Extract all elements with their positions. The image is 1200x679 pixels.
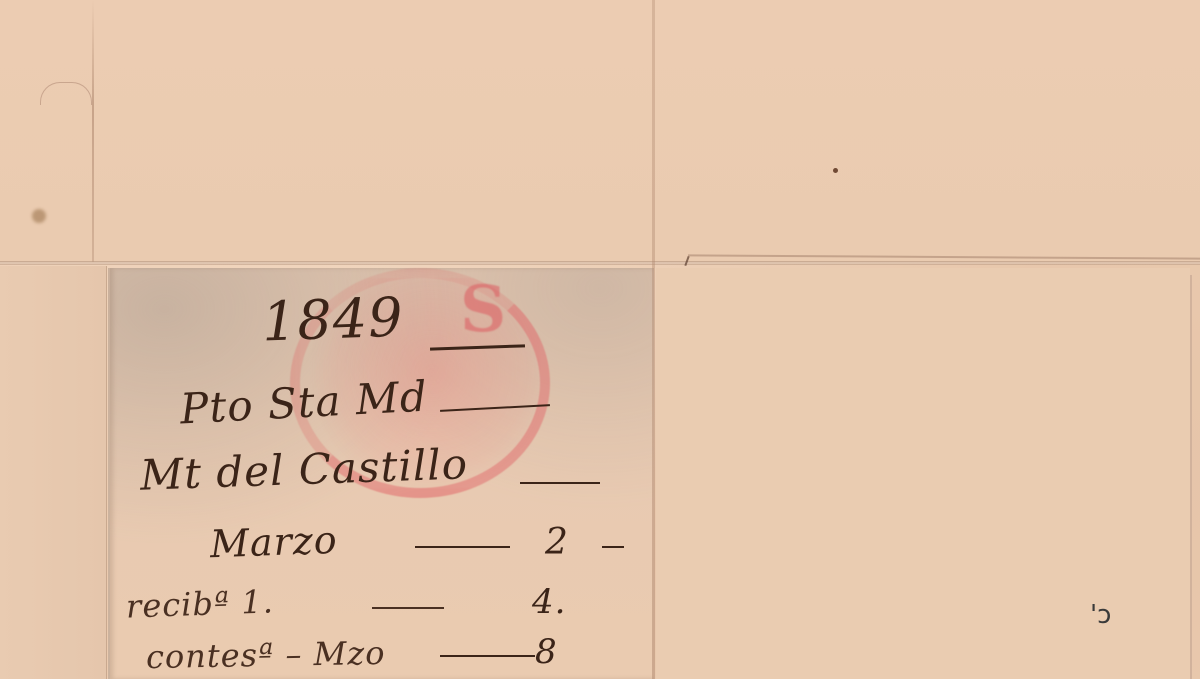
fold-line-horizontal [0,261,1200,265]
faint-pencil-mark [40,82,92,105]
docket-received-dash [372,607,444,609]
archive-pencil-mark: 'ↄ [1090,600,1111,630]
docket-answered-sep: – [285,635,314,673]
docket-answered-label: contesª – Mzo [146,634,386,676]
docket-received-label: recibª 1. [125,582,274,625]
right-fold-edge [1190,275,1192,679]
left-flap [0,266,107,679]
fold-line-center [652,0,655,679]
docket-month-label: Marzo [209,518,338,566]
docket-month-dash [415,546,510,548]
foxing-stain [32,209,46,223]
docket-answered-dash [440,655,535,657]
docket-month-trailing-dash [602,546,624,548]
ink-spot [833,168,838,173]
docket-year: 1849 [261,286,405,354]
docket-answered-value: 8 [535,632,558,672]
docket-month-value: 2 [545,522,569,563]
docket-answered-text: contesª [146,636,275,676]
postmark-glyph: S [460,272,506,347]
docket-sender-dash [520,482,600,484]
docket-received-value: 4. [532,582,566,622]
upper-panel [0,0,1200,262]
letter-sheet: S 1849 Pto Sta Md Mt del Castillo Marzo … [0,0,1200,679]
fold-line-left [92,0,94,262]
docket-answered-month: Mzo [313,634,386,673]
